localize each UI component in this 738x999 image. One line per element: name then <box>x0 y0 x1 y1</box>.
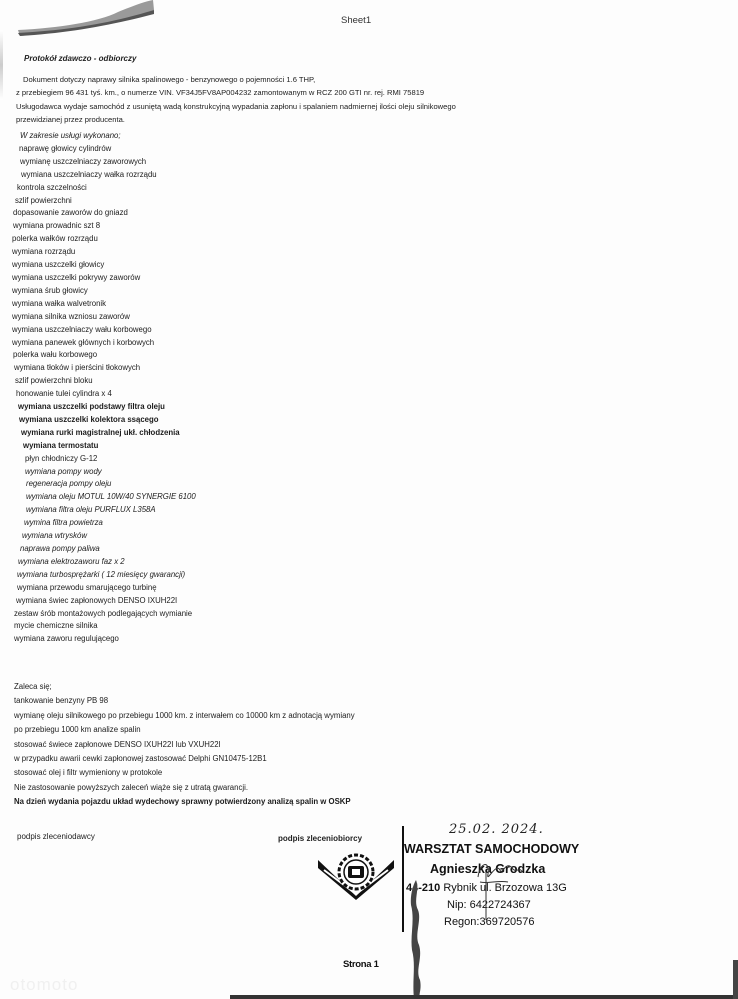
document-title: Protokół zdawczo - odbiorczy <box>24 54 136 63</box>
work-item: wymiana panewek głównych i korbowych <box>0 337 196 350</box>
work-item: wymiana rozrządu <box>0 246 196 259</box>
page-number: Strona 1 <box>343 959 379 970</box>
work-item: szlif powierzchni <box>0 195 196 208</box>
work-item: mycie chemiczne silnika <box>0 620 196 633</box>
watermark: otomoto <box>10 975 78 995</box>
client-signature-label: podpis zleceniodawcy <box>17 832 95 841</box>
work-item: zestaw śrób montażowych podlegających wy… <box>0 608 196 621</box>
work-item: naprawę głowicy cylindrów <box>0 143 196 156</box>
work-item: naprawa pompy paliwa <box>0 543 196 556</box>
work-item: wymiana uszczelki głowicy <box>0 259 196 272</box>
intro-line: z przebiegiem 96 431 tyś. km., o numerze… <box>16 86 456 99</box>
intro-line: Dokument dotyczy naprawy silnika spalino… <box>16 73 456 86</box>
work-item: wymiana świec zapłonowych DENSO IXUH22I <box>0 595 196 608</box>
recommend-item: tankowanie benzyny PB 98 <box>14 694 355 708</box>
work-item: wymiana przewodu smarującego turbinę <box>0 582 196 595</box>
work-list: W zakresie usługi wykonano;naprawę głowi… <box>0 130 196 646</box>
sheet-title: Sheet1 <box>341 15 371 26</box>
scan-edge <box>0 30 3 100</box>
work-item: wymiana prowadnic szt 8 <box>0 220 196 233</box>
work-item: wymiana wtrysków <box>0 530 196 543</box>
work-item: wymiana rurki magistralnej ukł. chłodzen… <box>0 427 196 440</box>
scan-edge-bottom <box>230 995 738 999</box>
intro-line: przewidzianej przez producenta. <box>16 113 456 126</box>
work-item: wymiana pompy wody <box>0 466 196 479</box>
work-heading: W zakresie usługi wykonano; <box>0 130 196 143</box>
recommend-item: Nie zastosowanie powyższych zaleceń wiąż… <box>14 781 355 795</box>
work-item: wymiana elektrozaworu faz x 2 <box>0 556 196 569</box>
handwritten-signature <box>468 852 528 922</box>
recommend-heading: Zaleca się; <box>14 680 355 694</box>
intro-line: Usługodawca wydaje samochód z usuniętą w… <box>16 100 456 113</box>
work-item: polerka wałków rozrządu <box>0 233 196 246</box>
work-item: wymiana filtra oleju PURFLUX L358A <box>0 504 196 517</box>
recommend-item: stosować olej i filtr wymieniony w proto… <box>14 766 355 780</box>
work-item: wymiana uszczelniaczy wału korbowego <box>0 324 196 337</box>
work-item: wymiana zaworu regulującego <box>0 633 196 646</box>
work-item: kontrola szczelności <box>0 182 196 195</box>
work-item: polerka wału korbowego <box>0 349 196 362</box>
work-item: regeneracja pompy oleju <box>0 478 196 491</box>
work-item: dopasowanie zaworów do gniazd <box>0 207 196 220</box>
scan-smudge <box>410 880 426 999</box>
recommendations: Zaleca się;tankowanie benzyny PB 98wymia… <box>14 680 355 810</box>
work-item: honowanie tulei cylindra x 4 <box>0 388 196 401</box>
recommend-item: po przebiegu 1000 km analize spalin <box>14 723 355 737</box>
recommend-item: stosować świece zapłonowe DENSO IXUH22I … <box>14 738 355 752</box>
work-item: wymiana oleju MOTUL 10W/40 SYNERGIE 6100 <box>0 491 196 504</box>
work-item: wymiana wałka walvetronik <box>0 298 196 311</box>
swoosh-graphic <box>18 0 158 40</box>
work-item: wymiana termostatu <box>0 440 196 453</box>
work-item: wymiana tłoków i pierścini tłokowych <box>0 362 196 375</box>
work-item: wymina filtra powietrza <box>0 517 196 530</box>
work-item: wymiana uszczelki kolektora ssącego <box>0 414 196 427</box>
work-item: wymiana uszczelki pokrywy zaworów <box>0 272 196 285</box>
work-item: wymianę uszczelniaczy zaworowych <box>0 156 196 169</box>
gear-engine-logo-icon <box>316 850 396 900</box>
work-item: wymiana turbosprężarki ( 12 miesięcy gwa… <box>0 569 196 582</box>
scan-edge-right <box>733 960 738 999</box>
contractor-signature-label: podpis zleceniobiorcy <box>278 834 362 843</box>
recommend-item: wymianę oleju silnikowego po przebiegu 1… <box>14 709 355 723</box>
work-item: wymiana uszczelki podstawy filtra oleju <box>0 401 196 414</box>
handwritten-date: 25.02. 2024. <box>449 822 544 837</box>
work-item: wymiana uszczelniaczy wałka rozrządu <box>0 169 196 182</box>
work-item: szlif powierzchni bloku <box>0 375 196 388</box>
final-statement: Na dzień wydania pojazdu układ wydechowy… <box>14 795 355 809</box>
work-item: wymiana silnika wzniosu zaworów <box>0 311 196 324</box>
recommend-item: w przypadku awarii cewki zapłonowej zast… <box>14 752 355 766</box>
work-item: płyn chłodniczy G-12 <box>0 453 196 466</box>
work-item: wymiana śrub głowicy <box>0 285 196 298</box>
document-intro: Dokument dotyczy naprawy silnika spalino… <box>16 73 456 126</box>
